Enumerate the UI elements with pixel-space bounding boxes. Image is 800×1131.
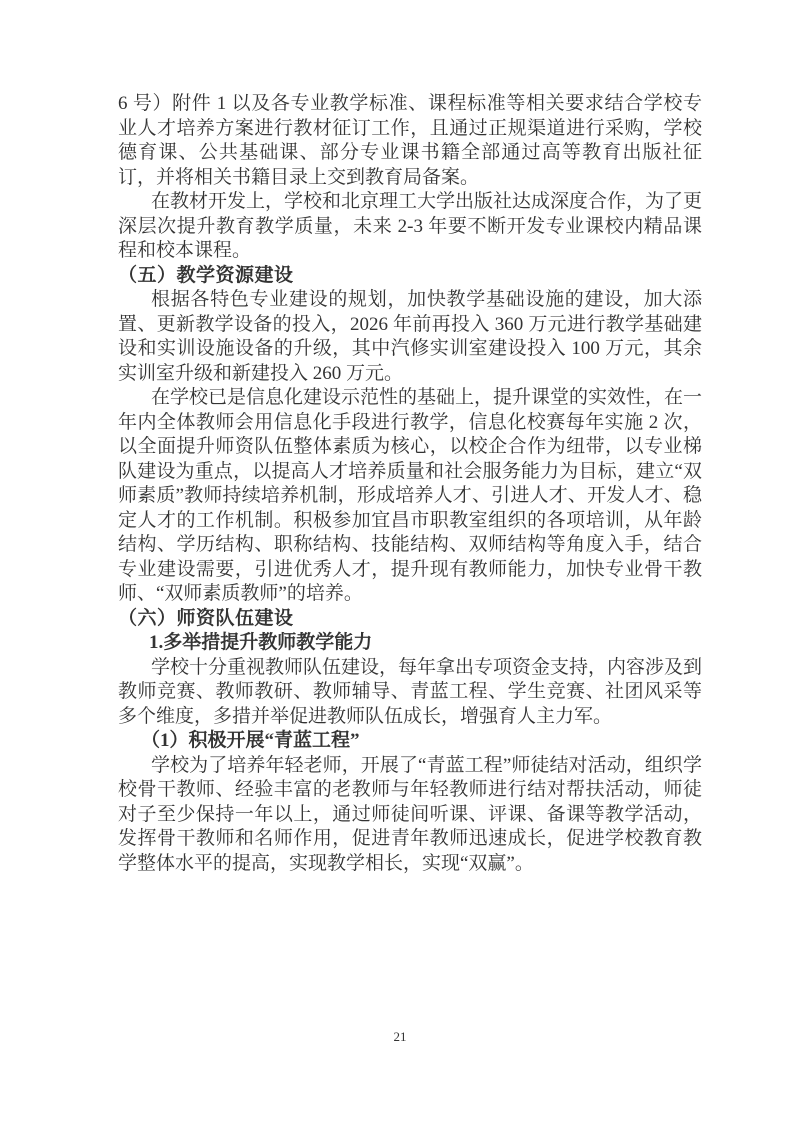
sub-heading-qinglan-project: （1）积极开展“青蓝工程”	[118, 729, 702, 754]
paragraph-equipment-investment: 根据各特色专业建设的规划，加快教学基础设施的建设，加大添置、更新教学设备的投入，…	[118, 288, 702, 386]
document-body: 6 号）附件 1 以及各专业教学标准、课程标准等相关要求结合学校专业人才培养方案…	[118, 92, 702, 876]
paragraph-informatization-teachers: 在学校已是信息化建设示范性的基础上，提升课堂的实效性，在一年内全体教师会用信息化…	[118, 386, 702, 607]
sub-heading-teacher-ability: 1.多举措提升教师教学能力	[118, 631, 702, 656]
section-heading-teaching-resources: （五）教学资源建设	[118, 264, 702, 289]
document-page: 6 号）附件 1 以及各专业教学标准、课程标准等相关要求结合学校专业人才培养方案…	[0, 0, 800, 1131]
paragraph-textbook-ordering: 6 号）附件 1 以及各专业教学标准、课程标准等相关要求结合学校专业人才培养方案…	[118, 92, 702, 190]
page-number: 21	[0, 1029, 800, 1045]
paragraph-textbook-development: 在教材开发上，学校和北京理工大学出版社达成深度合作，为了更深层次提升教育教学质量…	[118, 190, 702, 264]
section-heading-faculty-building: （六）师资队伍建设	[118, 607, 702, 632]
paragraph-mentor-pairing: 学校为了培养年轻老师，开展了“青蓝工程”师徒结对活动，组织学校骨干教师、经验丰富…	[118, 754, 702, 877]
paragraph-teacher-team-support: 学校十分重视教师队伍建设，每年拿出专项资金支持，内容涉及到教师竞赛、教师教研、教…	[118, 656, 702, 730]
